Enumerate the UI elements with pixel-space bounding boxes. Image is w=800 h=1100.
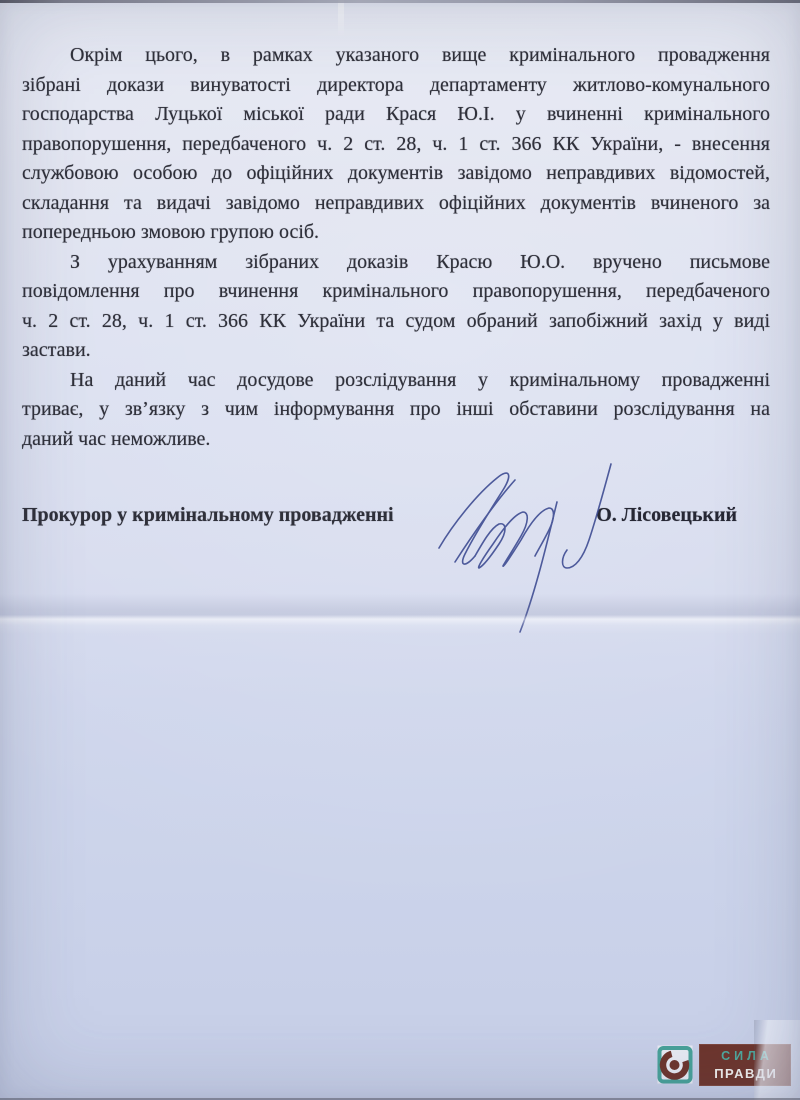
scanned-document-page: Окрім цього, в рамках указаного вище кри… [0, 0, 800, 1100]
text-line: На даний час досудове розслідування у кр… [22, 366, 770, 396]
paper-fold-crease [0, 594, 800, 634]
sila-pravdy-logo-text: СИЛА ПРАВДИ [699, 1044, 791, 1086]
text-line: попередньою змовою групою осіб. [22, 218, 770, 248]
text-line: застави. [22, 336, 770, 366]
photo-edge-top [0, 0, 800, 3]
logo-text-line2: ПРАВДИ [702, 1065, 788, 1082]
sila-pravdy-watermark: СИЛА ПРАВДИ [656, 1044, 791, 1086]
text-line: зібрані докази винуватості директора деп… [22, 71, 770, 101]
text-line: господарства Луцької міської ради Крася … [22, 100, 770, 130]
text-line: службовою особою до офіційних документів… [22, 159, 770, 189]
text-line: ч. 2 ст. 28, ч. 1 ст. 366 КК України та … [22, 307, 770, 337]
paragraph-2: З урахуванням зібраних доказів Красю Ю.О… [22, 248, 770, 366]
sila-pravdy-logo-icon [656, 1044, 695, 1086]
text-line: Окрім цього, в рамках указаного вище кри… [22, 41, 770, 71]
paragraph-3: На даний час досудове розслідування у кр… [22, 366, 770, 455]
logo-text-line1: СИЛА [702, 1048, 788, 1065]
text-line: повідомлення про вчинення кримінального … [22, 277, 770, 307]
signatory-role-label: Прокурор у кримінальному провадженні [22, 500, 394, 530]
document-body: Окрім цього, в рамках указаного вище кри… [0, 41, 800, 532]
signatory-name: О. Лісовецький [596, 500, 737, 530]
text-line: правопорушення, передбаченого ч. 2 ст. 2… [22, 130, 770, 160]
paper-crease-top [338, 0, 344, 38]
text-line: складання та видачі завідомо неправдивих… [22, 189, 770, 219]
signature-row: Прокурор у кримінальному провадженні О. … [22, 500, 770, 532]
text-line: З урахуванням зібраних доказів Красю Ю.О… [22, 248, 770, 278]
paragraph-1: Окрім цього, в рамках указаного вище кри… [22, 41, 770, 248]
text-line: даний час неможливе. [22, 425, 770, 455]
text-line: триває, у зв’язку з чим інформування про… [22, 395, 770, 425]
